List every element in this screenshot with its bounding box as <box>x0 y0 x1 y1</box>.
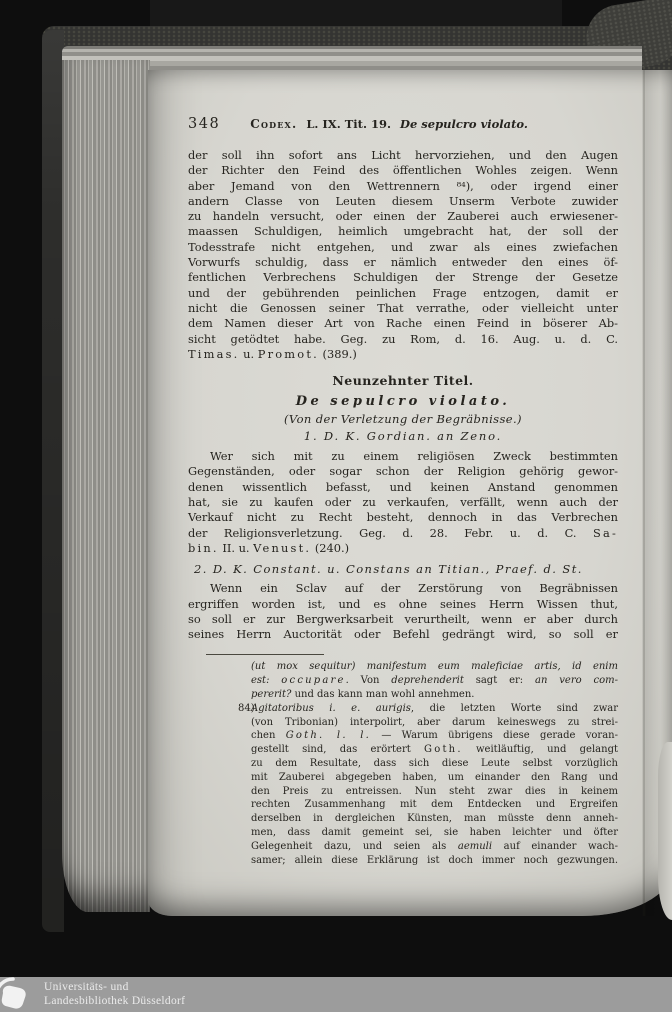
text-line: men, dass damit gemeint sei, sie haben l… <box>251 826 618 840</box>
book-cover-left-edge <box>42 30 64 932</box>
text-line: (von Tribonian) interpolirt, aber darum … <box>251 716 618 730</box>
text-line: Agitatoribus i. e. aurigis, die letzten … <box>251 702 618 716</box>
page-edge-sliver <box>658 742 672 920</box>
running-title-latin: De sepulcro violato. <box>400 117 528 131</box>
text-line: ergriffen worden ist, und es ohne seines… <box>188 597 618 612</box>
text-line: sicht getödtet habe. Geg. zu Rom, d. 16.… <box>188 332 618 347</box>
paragraph-continued-389: der soll ihn sofort ans Licht hervorzieh… <box>188 148 618 362</box>
book-photograph: 348 Codex. L. IX. Tit. 19. De sepulcro v… <box>0 0 672 1012</box>
text-line: (ut mox sequitur) manifestum eum malefic… <box>251 660 618 674</box>
running-title-work: Codex. <box>250 117 297 131</box>
footnote-number: 84) <box>238 703 255 714</box>
text-line: Vorwurfs schuldig, dass er nämlich entwe… <box>188 255 618 270</box>
running-head: 348 Codex. L. IX. Tit. 19. De sepulcro v… <box>188 116 618 132</box>
text-line: nicht die Genossen seiner That verrathe,… <box>188 301 618 316</box>
text-line: seines Herrn Auctorität oder Befehl gedr… <box>188 627 618 642</box>
text-line: zu dem Resultate, dass sich diese Leute … <box>251 757 618 771</box>
text-line: est: occupare. Von deprehenderit sagt er… <box>251 674 618 688</box>
page-crease <box>642 70 646 916</box>
text-line: Timas. u. Promot. (389.) <box>188 347 618 362</box>
text-line: aber Jemand von den Wettrennern ⁸⁴), ode… <box>188 179 618 194</box>
library-name-line2: Landesbibliothek Düsseldorf <box>44 994 185 1008</box>
text-line: Gegenständen, oder sogar schon der Relig… <box>188 464 618 479</box>
text-line: Wer sich mit zu einem religiösen Zweck b… <box>188 449 618 464</box>
page-edges-left <box>62 60 150 912</box>
footnote-84: 84) Agitatoribus i. e. aurigis, die letz… <box>238 702 618 868</box>
running-title-citation: L. IX. Tit. 19. <box>306 117 391 131</box>
text-line: maassen Schuldigen, heimlich umgebracht … <box>188 224 618 239</box>
section-subtitle: (Von der Verletzung der Begräbnisse.) <box>188 411 618 428</box>
text-line: den Preis zu entreissen. Nun steht zwar … <box>251 785 618 799</box>
text-line: fentlichen Verbrechens Schuldigen der St… <box>188 270 618 285</box>
footnote-84-text: Agitatoribus i. e. aurigis, die letzten … <box>251 702 618 868</box>
text-line: Wenn ein Sclav auf der Zerstörung von Be… <box>188 581 618 596</box>
text-line: der soll ihn sofort ans Licht hervorzieh… <box>188 148 618 163</box>
text-line: derselben in dergleichen Künsten, man mü… <box>251 812 618 826</box>
law2-paragraph: Wenn ein Sclav auf der Zerstörung von Be… <box>188 581 618 642</box>
text-line: hat, sie zu kaufen oder zu verkaufen, ve… <box>188 495 618 510</box>
ulb-logo-icon <box>0 975 32 1012</box>
library-name: Universitäts- und Landesbibliothek Düsse… <box>44 980 185 1008</box>
law1-heading: 1. D. K. Gordian. an Zeno. <box>188 428 618 445</box>
section-title: Neunzehnter Titel. <box>188 371 618 390</box>
page-number: 348 <box>188 116 220 132</box>
text-line: pererit? und das kann man wohl annehmen. <box>251 688 618 702</box>
text-line: chen Goth. l. l. — Warum übrigens diese … <box>251 729 618 743</box>
text-line: samer; allein diese Erklärung ist doch i… <box>251 854 618 868</box>
running-title: Codex. L. IX. Tit. 19. De sepulcro viola… <box>250 117 528 131</box>
text-line: bin. II. u. Venust. (240.) <box>188 541 618 556</box>
footnote-continuation: (ut mox sequitur) manifestum eum malefic… <box>251 660 618 701</box>
text-line: Todesstrafe nicht entgehen, und zwar als… <box>188 240 618 255</box>
text-line: rechten Zusammenhang mit dem Entdecken u… <box>251 798 618 812</box>
text-line: der Richter den Feind des öffentlichen W… <box>188 163 618 178</box>
footnote-separator-rule <box>206 654 324 655</box>
text-line: dem Namen dieser Art von Rache einen Fei… <box>188 316 618 331</box>
text-line: zu handeln versucht, oder einen der Zaub… <box>188 209 618 224</box>
section-latin-title: De sepulcro violato. <box>188 392 618 411</box>
library-name-line1: Universitäts- und <box>44 980 185 994</box>
book-page: 348 Codex. L. IX. Tit. 19. De sepulcro v… <box>148 70 672 916</box>
law2-heading: 2. D. K. Constant. u. Constans an Titian… <box>188 561 618 578</box>
text-line: mit Zauberei abgegeben haben, um einande… <box>251 771 618 785</box>
text-line: der Religionsverletzung. Geg. d. 28. Feb… <box>188 526 618 541</box>
text-line: Gelegenheit dazu, und seien als aemuli a… <box>251 840 618 854</box>
text-line: Verkauf nicht zu Recht besteht, dennoch … <box>188 510 618 525</box>
page-text-area: 348 Codex. L. IX. Tit. 19. De sepulcro v… <box>188 70 618 916</box>
text-line: andern Classe von Leuten diesem Unserm V… <box>188 194 618 209</box>
library-footer-bar: Universitäts- und Landesbibliothek Düsse… <box>0 977 672 1012</box>
text-line: so soll er zur Bergwerksarbeit verurthei… <box>188 612 618 627</box>
text-line: denen wissentlich befasst, und keinen An… <box>188 480 618 495</box>
text-line: und der gebührenden peinlichen Frage ent… <box>188 286 618 301</box>
law1-paragraph: Wer sich mit zu einem religiösen Zweck b… <box>188 449 618 556</box>
text-line: gestellt sind, das erörtert Goth. weitlä… <box>251 743 618 757</box>
